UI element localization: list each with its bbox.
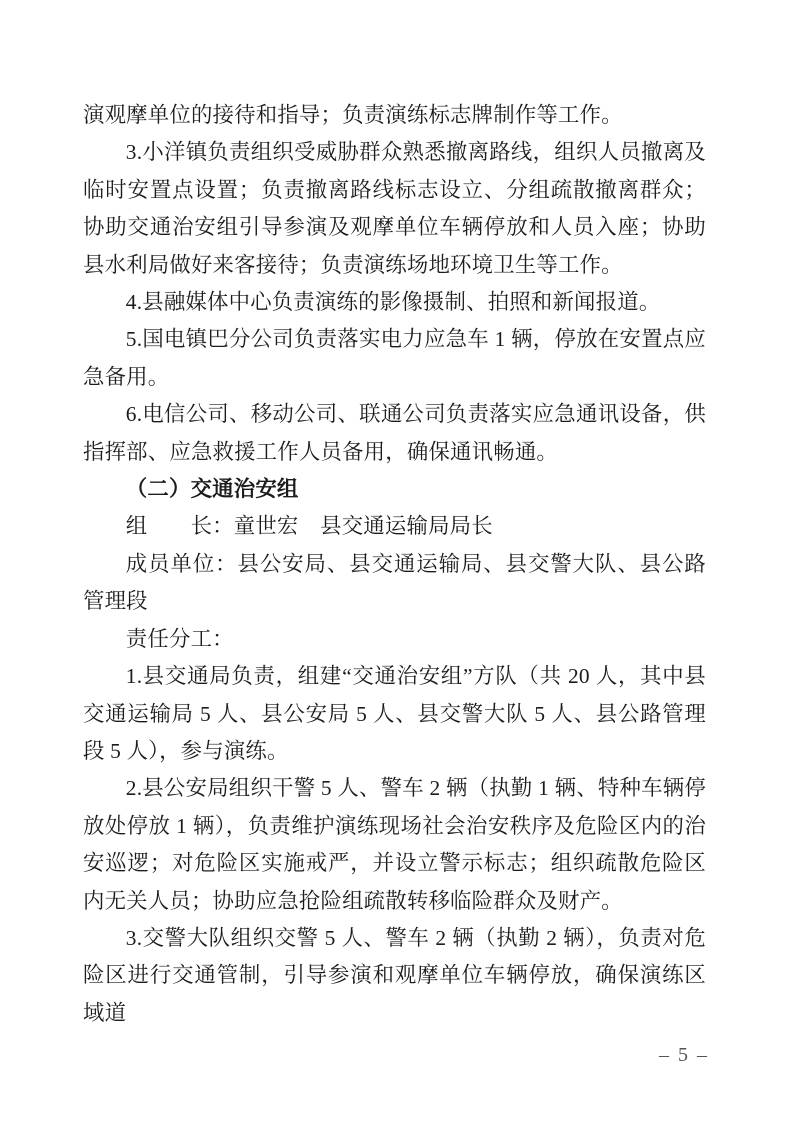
page-number: – 5 –: [659, 1044, 709, 1066]
section-heading-traffic-security-group: （二）交通治安组: [83, 471, 706, 508]
paragraph-item-5-power: 5.国电镇巴分公司负责落实电力应急车 1 辆，停放在安置点应急备用。: [83, 321, 706, 396]
paragraph-duty-1-transport: 1.县交通局负责，组建“交通治安组”方队（共 20 人，其中县交通运输局 5 人…: [83, 658, 706, 770]
paragraph-member-units: 成员单位：县公安局、县交通运输局、县交警大队、县公路管理段: [83, 546, 706, 621]
paragraph-duty-2-police: 2.县公安局组织干警 5 人、警车 2 辆（执勤 1 辆、特种车辆停放处停放 1…: [83, 770, 706, 920]
paragraph-duty-3-traffic-police: 3.交警大队组织交警 5 人、警车 2 辆（执勤 2 辆），负责对危险区进行交通…: [83, 920, 706, 1032]
paragraph-duty-division-label: 责任分工：: [83, 621, 706, 658]
document-page: 演观摩单位的接待和指导；负责演练标志牌制作等工作。 3.小洋镇负责组织受威胁群众…: [0, 0, 793, 1122]
paragraph-item-3-xiaoyang: 3.小洋镇负责组织受威胁群众熟悉撤离路线，组织人员撤离及临时安置点设置；负责撤离…: [83, 134, 706, 284]
paragraph-item-4-media: 4.县融媒体中心负责演练的影像摄制、拍照和新闻报道。: [83, 284, 706, 321]
paragraph-item-6-telecom: 6.电信公司、移动公司、联通公司负责落实应急通讯设备，供指挥部、应急救援工作人员…: [83, 396, 706, 471]
paragraph-group-leader: 组 长：童世宏 县交通运输局局长: [83, 508, 706, 545]
paragraph-continuation: 演观摩单位的接待和指导；负责演练标志牌制作等工作。: [83, 97, 706, 134]
document-body: 演观摩单位的接待和指导；负责演练标志牌制作等工作。 3.小洋镇负责组织受威胁群众…: [83, 97, 706, 1032]
